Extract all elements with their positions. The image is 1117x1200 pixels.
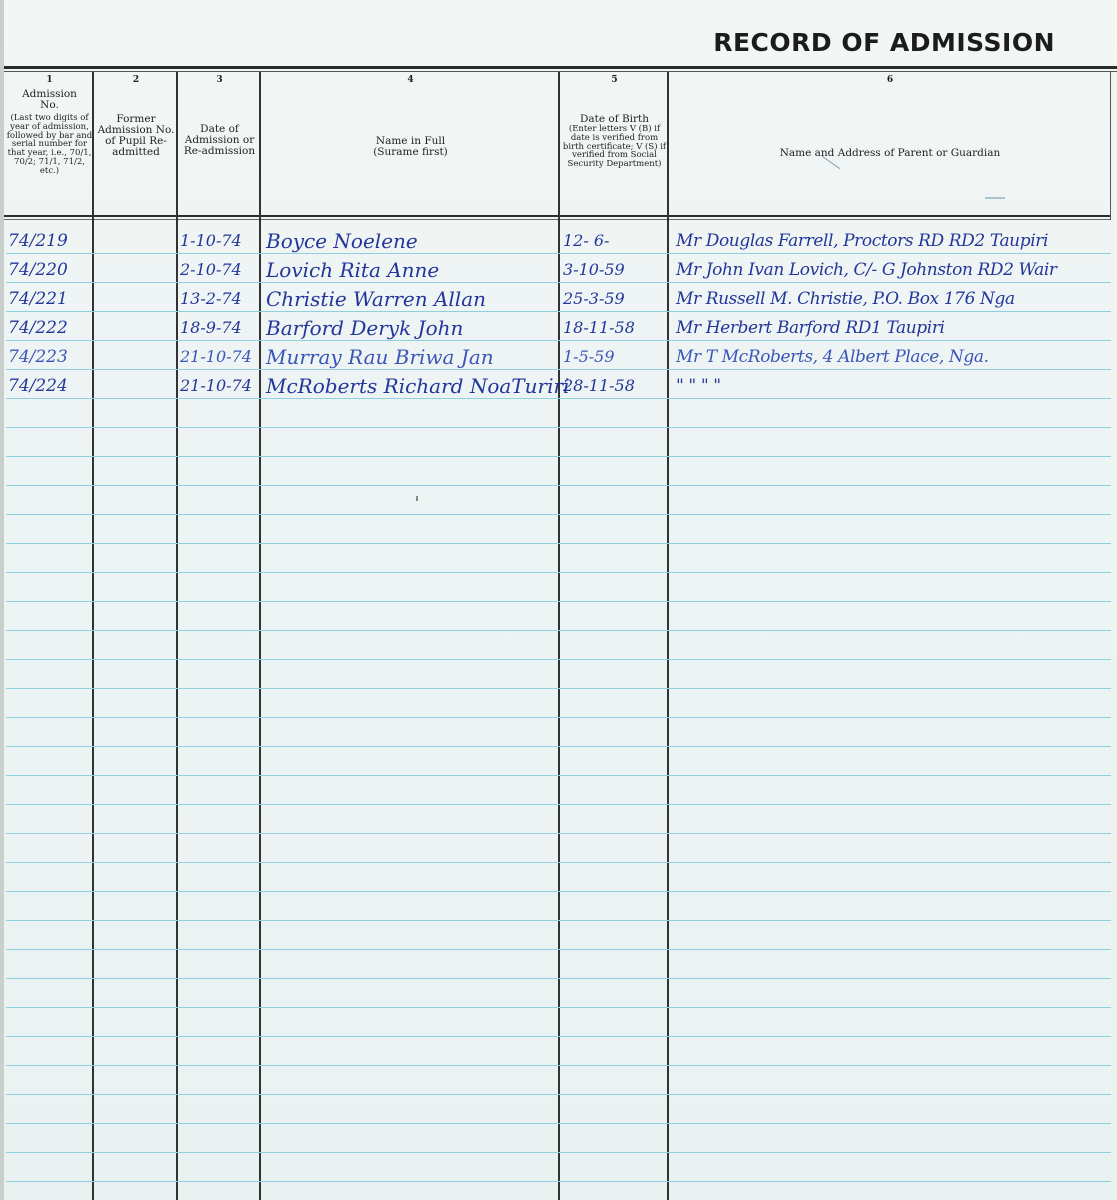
admission-date-cell: 1-10-74	[180, 231, 242, 251]
ruled-line	[6, 920, 1111, 921]
ruled-line	[6, 659, 1111, 660]
admission-no-cell: 74/222	[8, 318, 68, 338]
column-number: 5	[561, 74, 668, 86]
ruled-line	[6, 601, 1111, 602]
ruled-line	[6, 485, 1111, 486]
column-header-date-of-birth: 5 Date of Birth (Enter letters V (B) if …	[561, 74, 668, 214]
column-divider	[558, 72, 560, 1200]
admission-register-page: RECORD OF ADMISSION 1 AdmissionNo. (Last…	[0, 0, 1117, 1200]
admission-no-cell: 74/219	[8, 231, 68, 251]
date-of-birth-cell: 25-3-59	[563, 289, 625, 309]
column-divider	[92, 72, 94, 1200]
column-header-former-admission: 2 Former Admission No. of Pupil Re-admit…	[95, 74, 177, 214]
parent-guardian-cell: Mr Russell M. Christie, P.O. Box 176 Nga	[676, 289, 1015, 309]
ruled-line	[6, 804, 1111, 805]
ruled-line	[6, 630, 1111, 631]
parent-guardian-cell: Mr T McRoberts, 4 Albert Place, Nga.	[676, 347, 989, 367]
column-number: 4	[262, 74, 559, 86]
column-number: 3	[179, 74, 260, 86]
ruled-line	[6, 253, 1111, 254]
ruled-line	[6, 891, 1111, 892]
column-header-date-admission: 3 Date of Admission or Re-admission	[179, 74, 260, 214]
ruled-line	[6, 978, 1111, 979]
column-header-admission-no: 1 AdmissionNo. (Last two digits of year …	[6, 74, 93, 214]
column-header-parent-guardian: 6 Name and Address of Parent or Guardian	[670, 74, 1110, 214]
admission-date-cell: 21-10-74	[180, 347, 252, 367]
ruled-line	[6, 543, 1111, 544]
column-divider	[667, 72, 669, 1200]
ruled-line	[6, 717, 1111, 718]
header-top-rule-thin	[4, 71, 1117, 72]
ruled-line	[6, 775, 1111, 776]
pupil-name-cell: McRoberts Richard NoaTuriri	[266, 376, 569, 396]
admission-date-cell: 2-10-74	[180, 260, 242, 280]
pupil-name-cell: Barford Deryk John	[266, 318, 463, 338]
pupil-name-cell: Boyce Noelene	[266, 231, 418, 251]
ruled-line	[6, 369, 1111, 370]
pupil-name-cell: Lovich Rita Anne	[266, 260, 439, 280]
date-of-birth-cell: 28-11-58	[563, 376, 635, 396]
header-top-rule	[4, 66, 1117, 69]
date-of-birth-cell: 3-10-59	[563, 260, 625, 280]
column-number: 6	[670, 74, 1110, 86]
page-title: RECORD OF ADMISSION	[713, 28, 1055, 57]
ruled-line	[6, 949, 1111, 950]
column-number: 1	[6, 74, 93, 86]
ruled-line	[6, 1094, 1111, 1095]
parent-guardian-cell: Mr Herbert Barford RD1 Taupiri	[676, 318, 945, 338]
ruled-line	[6, 456, 1111, 457]
header-bottom-rule	[4, 215, 1110, 217]
column-heading: Name and Address of Parent or Guardian	[670, 148, 1110, 159]
column-heading: AdmissionNo.	[6, 89, 93, 111]
date-of-birth-cell: 18-11-58	[563, 318, 635, 338]
column-header-name: 4 Name in Full (Surame first)	[262, 74, 559, 214]
pupil-name-cell: Christie Warren Allan	[266, 289, 486, 309]
column-note: (Last two digits of year of admission, f…	[6, 114, 93, 176]
admission-date-cell: 13-2-74	[180, 289, 242, 309]
ruled-line	[6, 514, 1111, 515]
pupil-name-cell: Murray Rau Briwa Jan	[266, 347, 494, 367]
column-divider	[259, 72, 261, 1200]
admission-date-cell: 18-9-74	[180, 318, 242, 338]
table-right-border	[1110, 72, 1111, 220]
admission-no-cell: 74/223	[8, 347, 68, 367]
column-divider	[176, 72, 178, 1200]
ruled-line	[6, 746, 1111, 747]
ruled-line	[6, 1007, 1111, 1008]
admission-date-cell: 21-10-74	[180, 376, 252, 396]
page-binding-edge	[0, 0, 4, 1200]
ruled-line	[6, 427, 1111, 428]
date-of-birth-cell: 1-5-59	[563, 347, 615, 367]
ruled-line	[6, 1152, 1111, 1153]
column-note: (Enter letters V (B) if date is verified…	[561, 125, 668, 169]
ruled-line	[6, 1181, 1111, 1182]
column-heading: Date of Admission or Re-admission	[179, 124, 260, 157]
column-note: (Surame first)	[262, 147, 559, 158]
ruled-line	[6, 833, 1111, 834]
date-of-birth-cell: 12- 6-	[563, 231, 609, 251]
ruled-line	[6, 282, 1111, 283]
ruled-line	[6, 1036, 1111, 1037]
ruled-line	[6, 572, 1111, 573]
ruled-line	[6, 862, 1111, 863]
column-heading: Former Admission No. of Pupil Re-admitte…	[95, 114, 177, 158]
admission-no-cell: 74/221	[8, 289, 68, 309]
ruled-line	[6, 340, 1111, 341]
stray-dot	[416, 496, 418, 501]
column-number: 2	[95, 74, 177, 86]
parent-guardian-cell: Mr Douglas Farrell, Proctors RD RD2 Taup…	[676, 231, 1048, 251]
admission-no-cell: 74/224	[8, 376, 68, 396]
ruled-line	[6, 398, 1111, 399]
parent-guardian-cell: Mr John Ivan Lovich, C/- G Johnston RD2 …	[676, 260, 1057, 280]
stray-pen-mark	[985, 197, 1005, 199]
ruled-line	[6, 1065, 1111, 1066]
ruled-line	[6, 311, 1111, 312]
ruled-line	[6, 1123, 1111, 1124]
ruled-line	[6, 688, 1111, 689]
header-bottom-rule-thin	[4, 219, 1110, 220]
admission-no-cell: 74/220	[8, 260, 68, 280]
parent-guardian-cell: " " " "	[676, 376, 721, 396]
